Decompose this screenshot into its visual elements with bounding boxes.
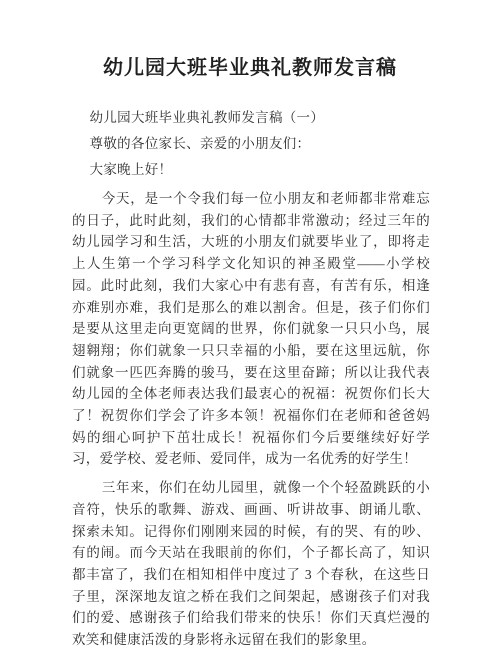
greeting-line: 大家晚上好！ [72, 157, 430, 183]
document-intro: 幼儿园大班毕业典礼教师发言稿（一） 尊敬的各位家长、亲爱的小朋友们： 大家晚上好… [72, 105, 430, 183]
document-content: 幼儿园大班毕业典礼教师发言稿（一） 尊敬的各位家长、亲爱的小朋友们： 大家晚上好… [0, 105, 500, 647]
doc-subtitle: 幼儿园大班毕业典礼教师发言稿（一） [72, 105, 430, 131]
paragraph-1: 今天，是一个令我们每一位小朋友和老师都非常难忘的日子，此时此刻，我们的心情都非常… [72, 188, 430, 470]
document-page: 幼儿园大班毕业典礼教师发言稿 幼儿园大班毕业典礼教师发言稿（一） 尊敬的各位家长… [0, 0, 500, 647]
salutation-line: 尊敬的各位家长、亲爱的小朋友们： [72, 131, 430, 157]
paragraph-2: 三年来，你们在幼儿园里，就像一个个轻盈跳跃的小音符，快乐的歌舞、游戏、画画、听讲… [72, 477, 430, 647]
page-title: 幼儿园大班毕业典礼教师发言稿 [0, 0, 500, 80]
